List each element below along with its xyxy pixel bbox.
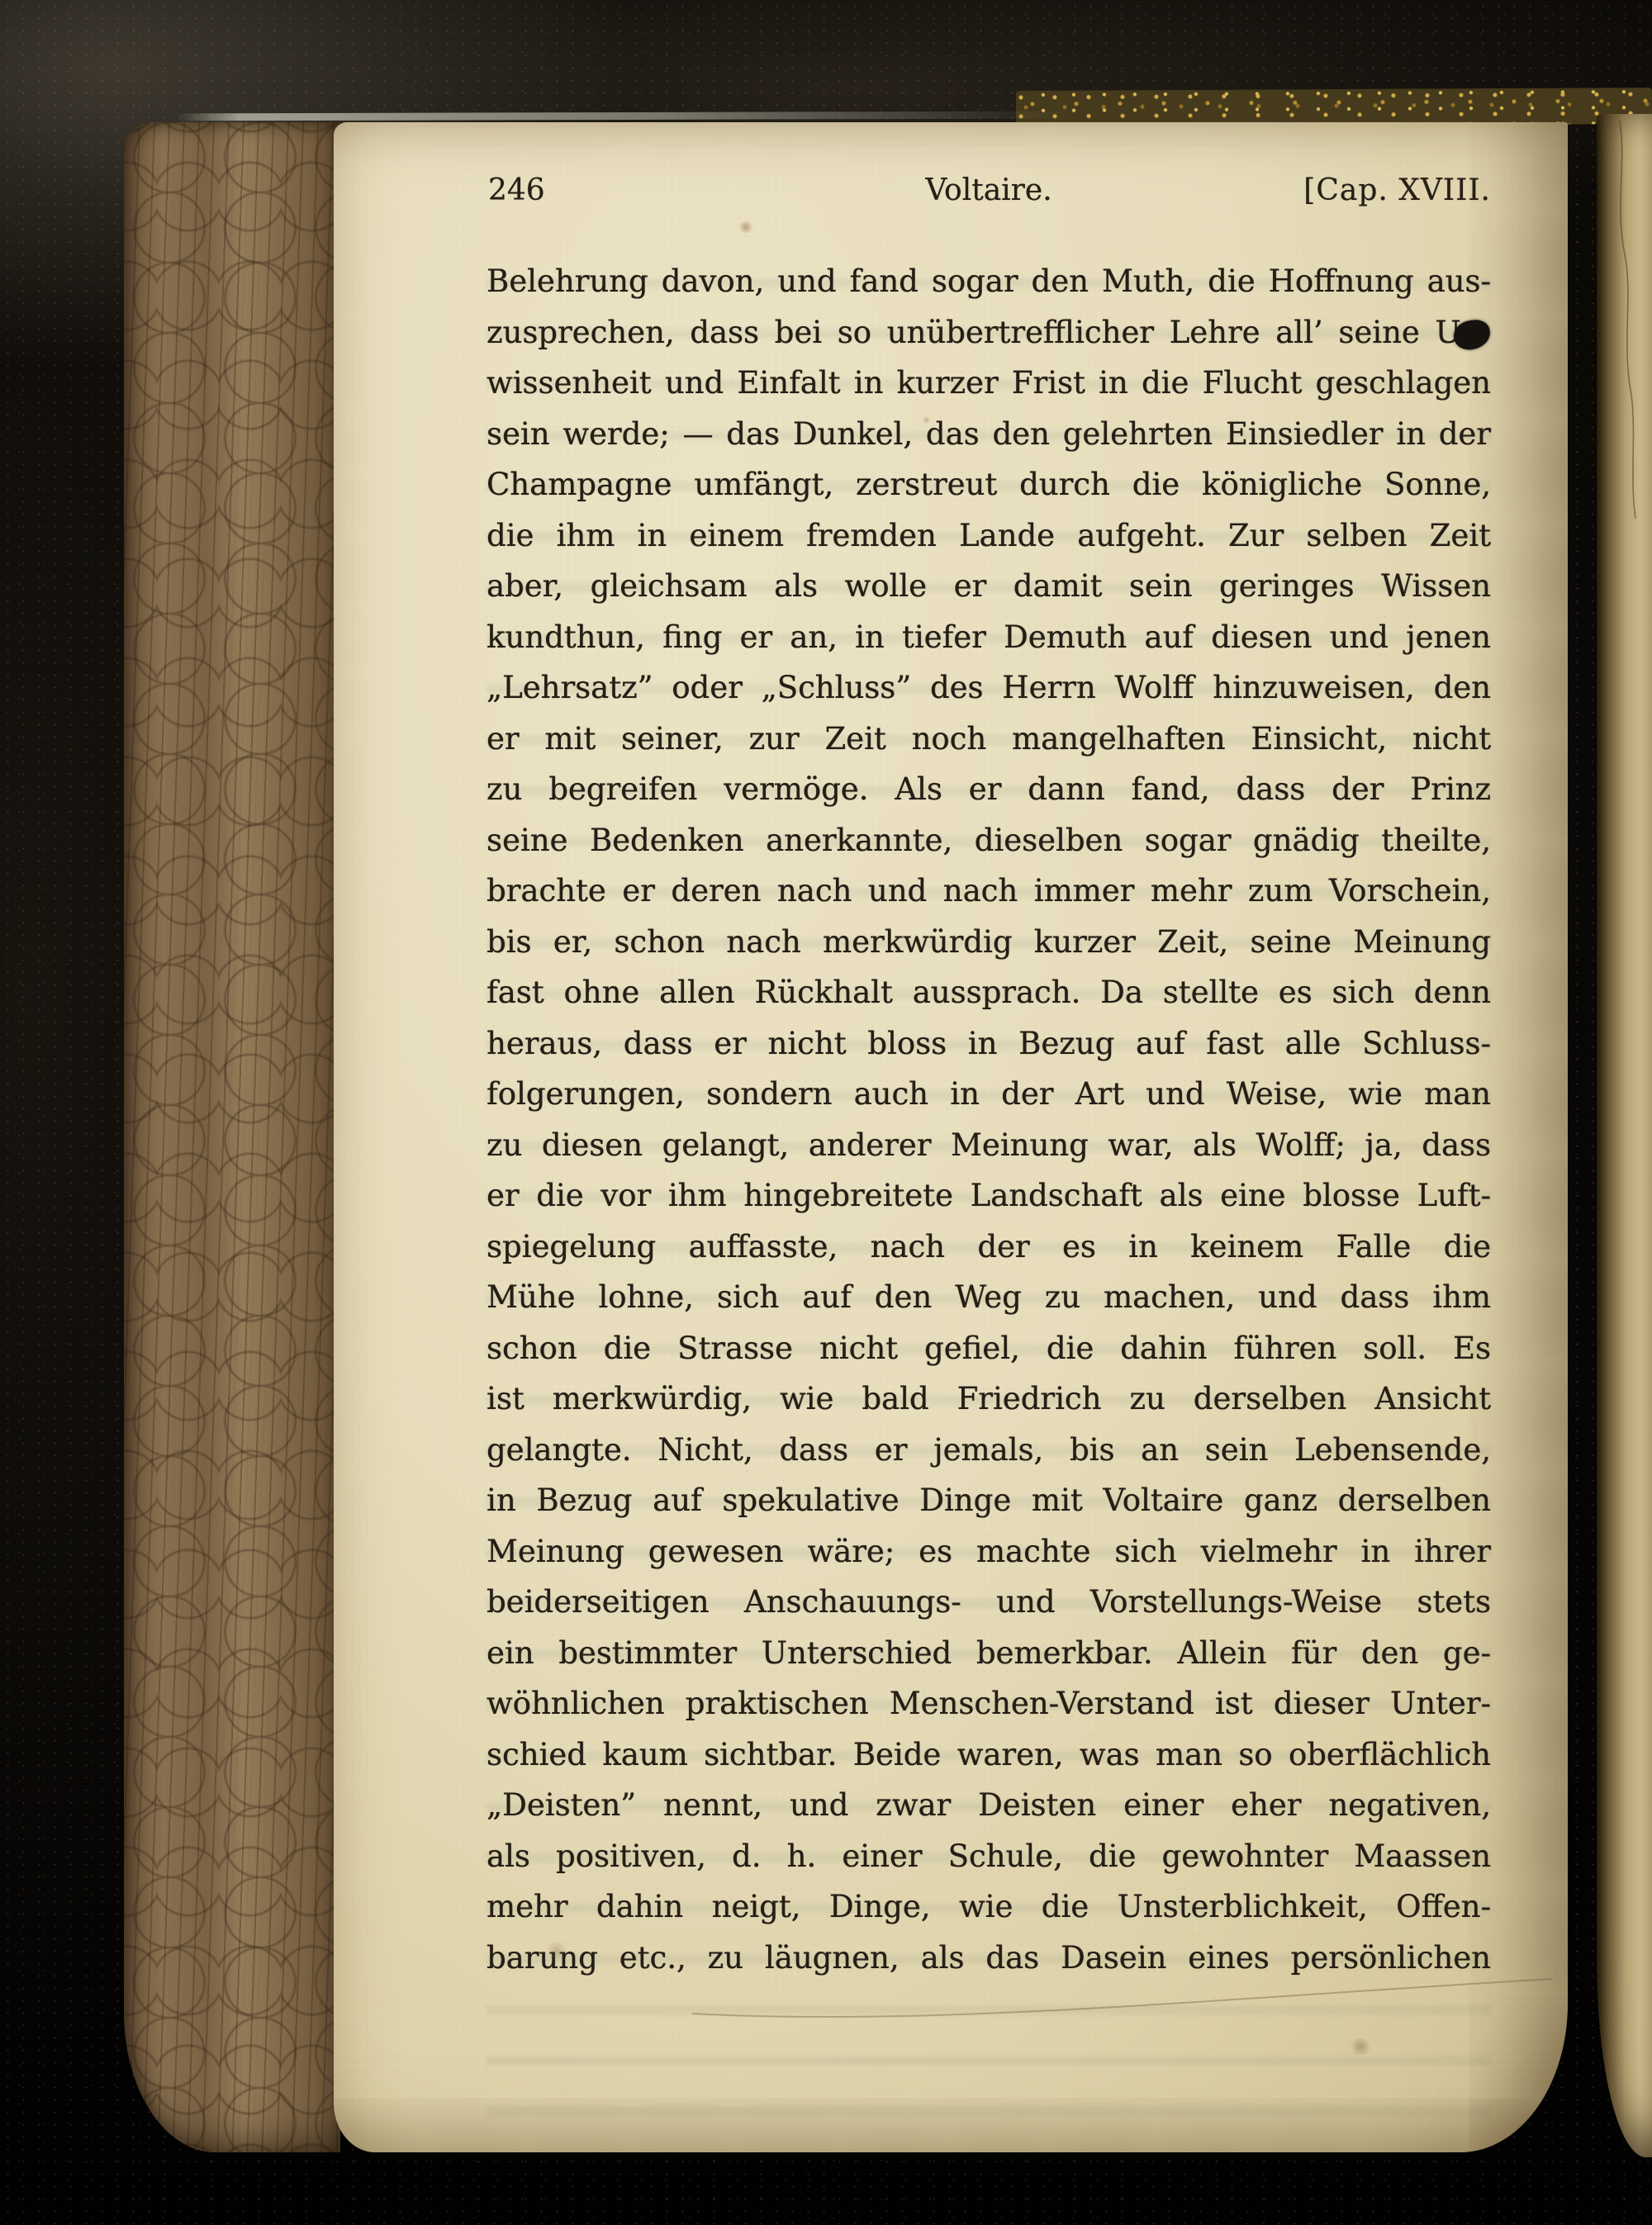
text-line: brachte er deren nach und nach immer meh… [487,866,1491,917]
text-line: gelangte. Nicht, dass er jemals, bis an … [487,1425,1491,1476]
page-header: 246 Voltaire. [Cap. XVIII. [487,169,1491,212]
paper-stain [1348,2038,1373,2055]
text-line: fast ohne allen Rückhalt aussprach. Da s… [487,967,1491,1018]
text-line: er mit seiner, zur Zeit noch mangelhafte… [487,714,1491,765]
text-line: die ihm in einem fremden Lande aufgeht. … [487,510,1491,562]
text-line: Meinung gewesen wäre; es machte sich vie… [487,1526,1491,1577]
text-line: mehr dahin neigt, Dinge, wie die Unsterb… [487,1881,1491,1933]
text-line: wöhnlichen praktischen Menschen-Verstand… [487,1678,1491,1729]
paper-stain [922,416,931,424]
text-line: zu diesen gelangt, anderer Meinung war, … [487,1120,1491,1171]
text-line: sein werde; — das Dunkel, das den gelehr… [487,409,1491,460]
text-line: „Deisten” nennt, und zwar Deisten einer … [487,1780,1491,1831]
page-crack-line [1597,114,1652,527]
text-line: in Bezug auf spekulative Dinge mit Volta… [487,1475,1491,1526]
text-line: schied kaum sichtbar. Beide waren, was m… [487,1729,1491,1781]
text-line: bis er, schon nach merkwürdig kurzer Zei… [487,917,1491,968]
text-line: beiderseitigen Anschauungs- und Vorstell… [487,1577,1491,1628]
text-line: zusprechen, dass bei so unübertreffliche… [487,307,1491,358]
text-line: heraus, dass er nicht bloss in Bezug auf… [487,1018,1491,1070]
text-line: er die vor ihm hingebreitete Landschaft … [487,1170,1491,1222]
text-line: spiegelung auffasste, nach der es in kei… [487,1222,1491,1273]
paper-stain [548,1939,566,1962]
text-line: Belehrung davon, und fand sogar den Muth… [487,256,1491,307]
body-text: Belehrung davon, und fand sogar den Muth… [487,256,1491,1983]
text-line: schon die Strasse nicht gefiel, die dahi… [487,1323,1491,1374]
chapter-marker: [Cap. XVIII. [1303,169,1491,212]
text-line: kundthun, fing er an, in tiefer Demuth a… [487,612,1491,663]
facing-page-sliver [1597,114,1652,2157]
book-page: 246 Voltaire. [Cap. XVIII. Belehrung dav… [334,122,1568,2152]
text-line: als positiven, d. h. einer Schule, die g… [487,1831,1491,1882]
text-line: ein bestimmter Unterschied bemerkbar. Al… [487,1628,1491,1679]
text-line: Champagne umfängt, zerstreut durch die k… [487,459,1491,510]
running-title: Voltaire. [925,169,1051,212]
text-line: folgerungen, sondern auch in der Art und… [487,1069,1491,1120]
text-line: ist merkwürdig, wie bald Friedrich zu de… [487,1373,1491,1425]
gilt-page-edges [1016,88,1652,127]
text-line: seine Bedenken anerkannte, dieselben sog… [487,815,1491,866]
text-line: aber, gleichsam als wolle er damit sein … [487,561,1491,612]
page-number: 246 [488,169,545,212]
text-line: zu begreifen vermöge. Als er dann fand, … [487,764,1491,815]
book-fore-edge [124,122,340,2152]
text-line: „Lehrsatz” oder „Schluss” des Herrn Wolf… [487,662,1491,714]
paper-stain [738,221,754,233]
text-line: wissenheit und Einfalt in kurzer Frist i… [487,358,1491,409]
crease-line [686,1971,1561,2028]
book-scan-photo: 246 Voltaire. [Cap. XVIII. Belehrung dav… [0,0,1652,2225]
text-line: Mühe lohne, sich auf den Weg zu machen, … [487,1272,1491,1323]
